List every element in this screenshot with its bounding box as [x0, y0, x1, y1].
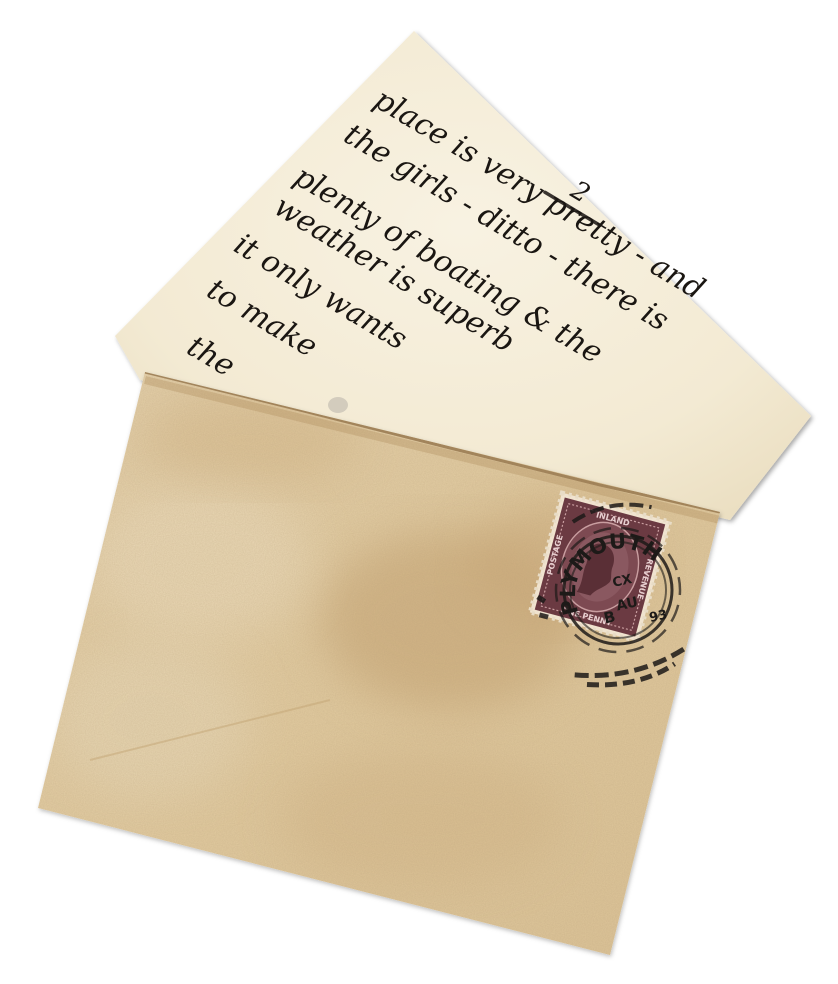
- letter-and-envelope-scene: 2 place is very pretty - and the girls -…: [0, 0, 838, 984]
- envelope: INLAND ONE PENNY REVENUE POSTAGE PLYMOUT…: [0, 0, 838, 984]
